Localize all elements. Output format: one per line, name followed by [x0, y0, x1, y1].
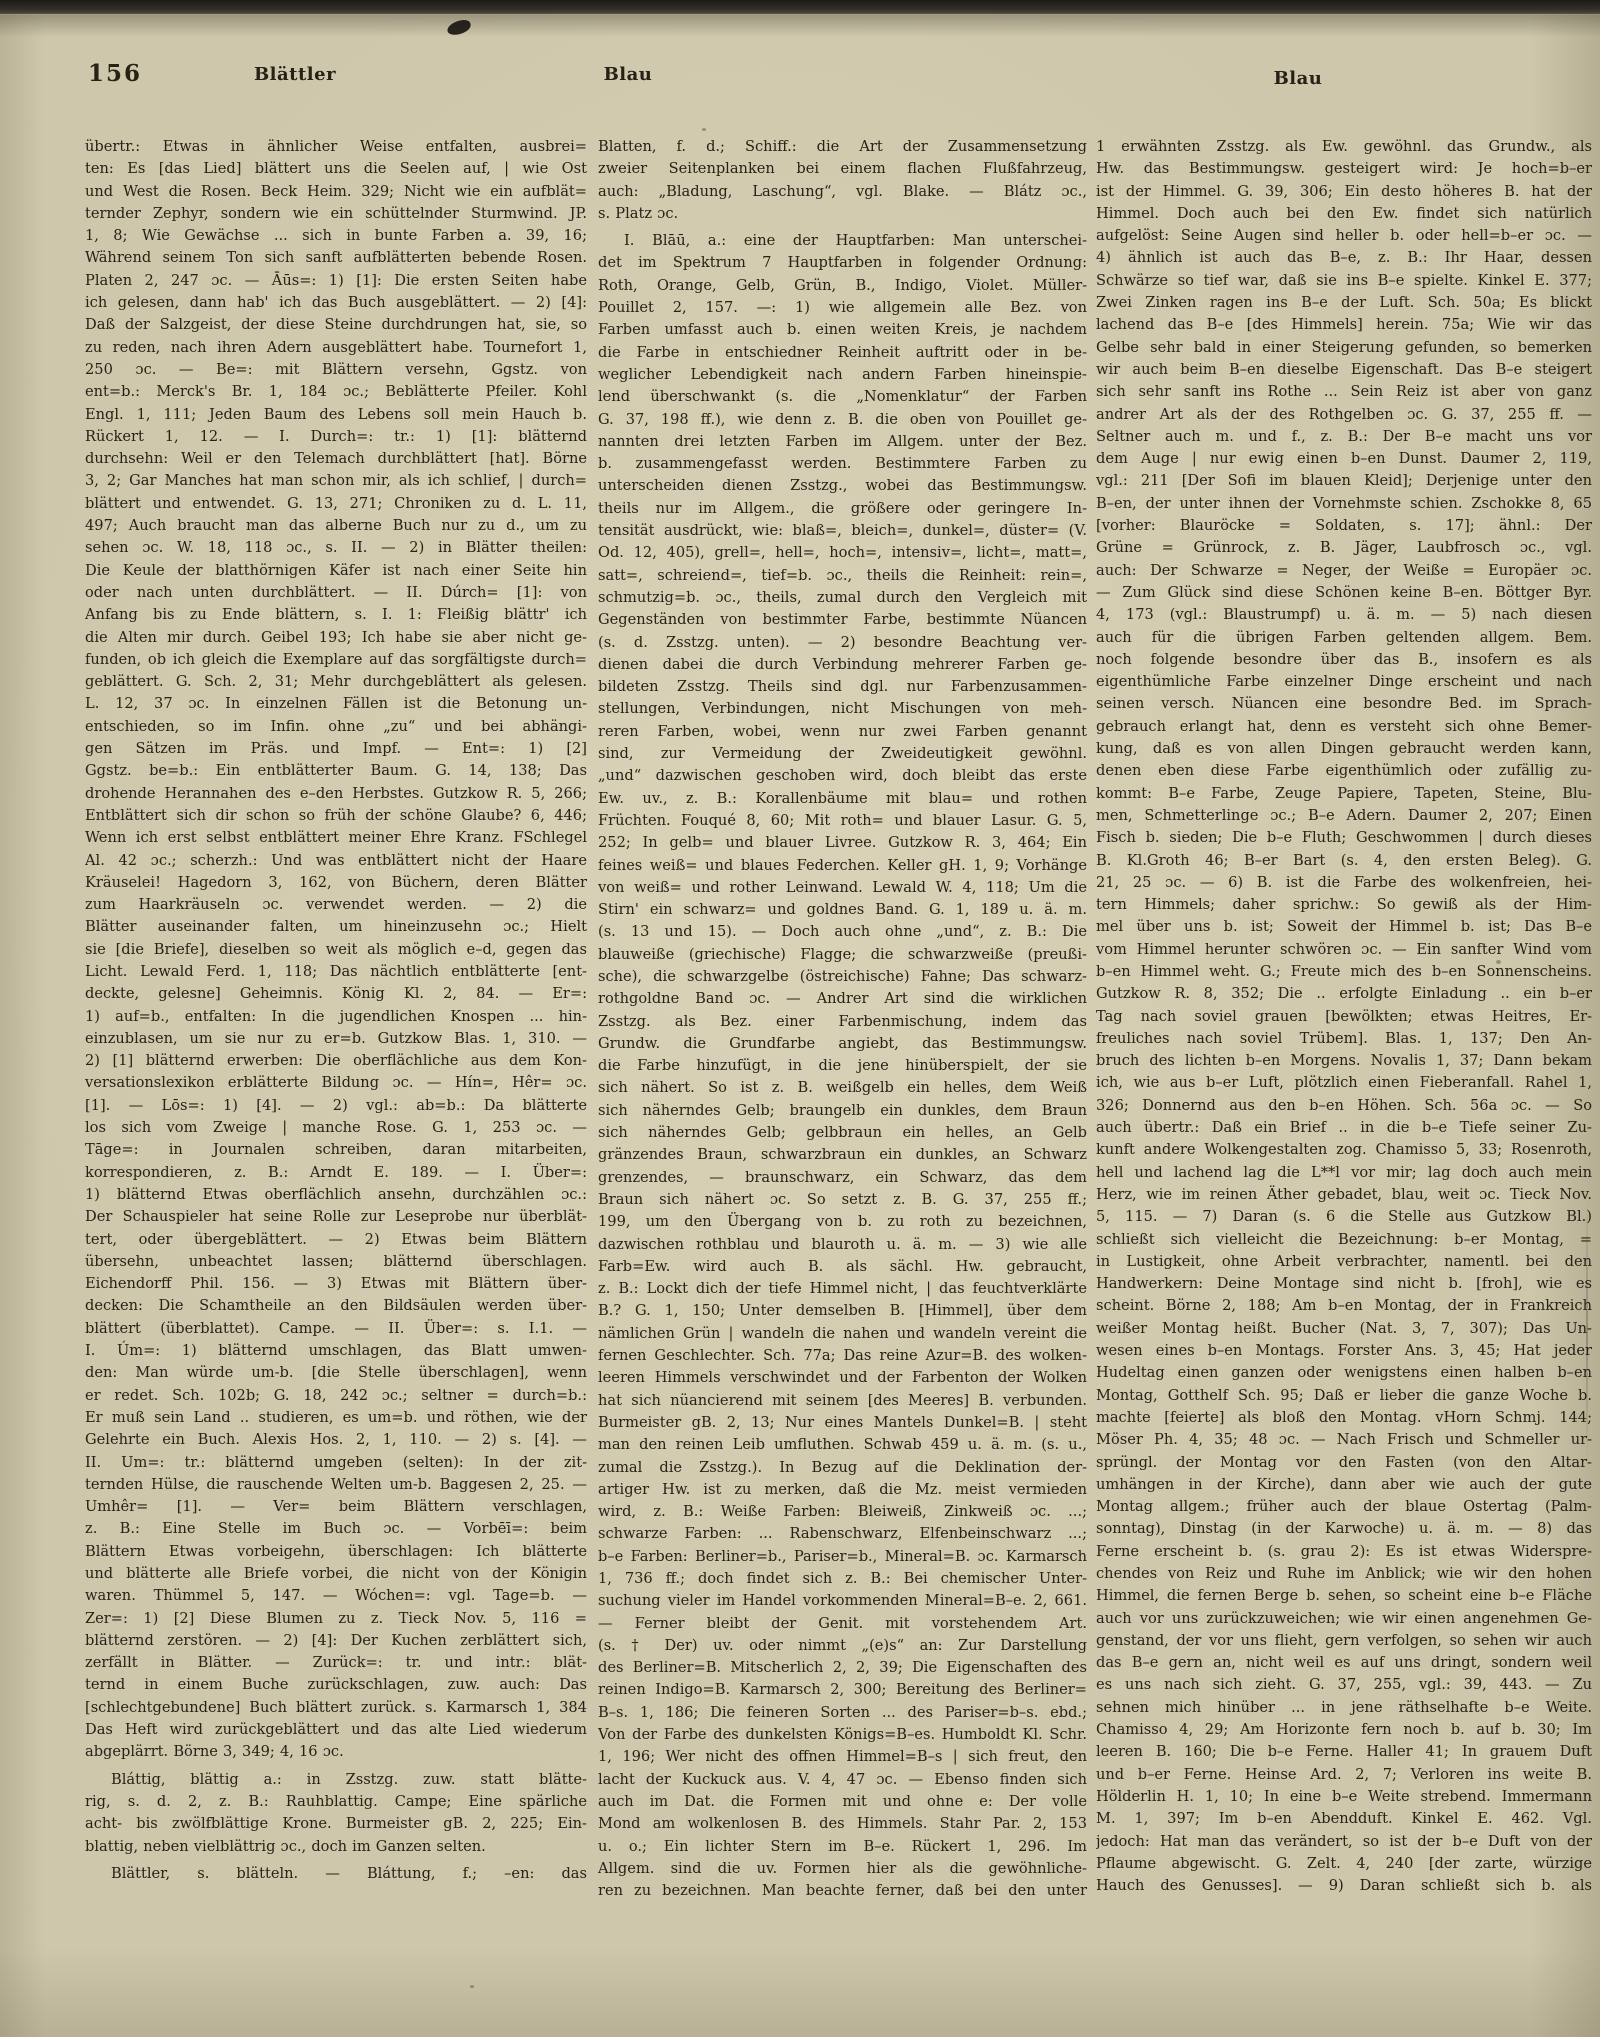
text-line: sche), die schwarzgelbe (östreichische) …	[598, 966, 1087, 988]
text-line: Seltner auch m. und f., z. B.: Der B–e m…	[1096, 426, 1592, 448]
text-line: 4) ähnlich ist auch das B–e, z. B.: Ihr …	[1096, 247, 1592, 269]
text-line: Hudeltag einen ganzen oder wenigstens ei…	[1096, 1362, 1592, 1384]
text-line: feines weiß= und blaues Federchen. Kelle…	[598, 855, 1087, 877]
text-line: men, Schmetterlinge ɔc.; B–e Adern. Daum…	[1096, 805, 1592, 827]
text-line: artiger Hw. ist zu merken, daß die Mz. m…	[598, 1479, 1087, 1501]
text-line: det im Spektrum 7 Hauptfarben in folgend…	[598, 252, 1087, 274]
text-column-3: 1 erwähnten Zsstzg. als Ew. gewöhnl. das…	[1096, 136, 1592, 1897]
text-line: Montag, Gotthelf Sch. 95; Daß er lieber …	[1096, 1385, 1592, 1407]
text-line: und West die Rosen. Beck Heim. 329; Nich…	[85, 181, 587, 203]
text-line: jedoch: Hat man das verändert, so ist de…	[1096, 1831, 1592, 1853]
text-line: die Alten mir durch. Geibel 193; Ich hab…	[85, 627, 587, 649]
text-line: die Farbe in entschiedner Reinheit auftr…	[598, 342, 1087, 364]
text-line: dienen dabei die durch Verbindung mehrer…	[598, 654, 1087, 676]
text-line: dem Auge | nur ewig einen b–en Dunst. Da…	[1096, 448, 1592, 470]
text-line: sonntag), Dinstag (in der Karwoche) u. ä…	[1096, 1518, 1592, 1540]
text-line: 199, um den Übergang von b. zu roth zu b…	[598, 1211, 1087, 1233]
text-line: nannten drei letzten Farben im Allgem. u…	[598, 431, 1087, 453]
text-line: andrer Art als der des Rothgelben ɔc. G.…	[1096, 404, 1592, 426]
paper-speck	[702, 128, 706, 131]
text-line: II. Um=: tr.: blätternd umgeben (selten)…	[85, 1452, 587, 1474]
text-line: auch für die übrigen Farben geltenden al…	[1096, 627, 1592, 649]
running-head-right: Blau	[1274, 68, 1323, 89]
text-line: stellungen, Verbindungen, nicht Mischung…	[598, 698, 1087, 720]
text-line: kung, daß es von allen Dingen gebraucht …	[1096, 738, 1592, 760]
text-line: geblättert. G. Sch. 2, 31; Mehr durchgeb…	[85, 671, 587, 693]
scanner-edge-top	[0, 0, 1600, 15]
text-line: 1) blätternd Etwas oberflächlich ansehn,…	[85, 1184, 587, 1206]
text-line: „und“ dazwischen geschoben wird, doch bl…	[598, 765, 1087, 787]
text-line: satt=, schreiend=, tief=b. ɔc., theils d…	[598, 565, 1087, 587]
text-line: Licht. Lewald Ferd. 1, 118; Das nächtlic…	[85, 961, 587, 983]
text-line: Blätter auseinander falten, um hineinzus…	[85, 916, 587, 938]
text-line: s. Platz ɔc.	[598, 203, 1087, 225]
text-line: Rückert 1, 12. — I. Durch=: tr.: 1) [1]:…	[85, 426, 587, 448]
text-line: durchsehn: Weil er den Telemach durchblä…	[85, 448, 587, 470]
text-line: B–s. 1, 186; Die feineren Sorten ... des…	[598, 1702, 1087, 1724]
text-line: u. o.; Ein lichter Stern im B–e. Rückert…	[598, 1836, 1087, 1858]
text-line: [1]. — Lōs=: 1) [4]. — 2) vgl.: ab=b.: D…	[85, 1095, 587, 1117]
text-line: Umhêr= [1]. — Ver= beim Blättern verschl…	[85, 1496, 587, 1518]
text-line: blattig, neben vielblättrig ɔc., doch im…	[85, 1836, 587, 1858]
text-line: die Farbe hinzufügt, in die jene hinüber…	[598, 1055, 1087, 1077]
text-line: deckte, gelesne] Geheimnis. König Kl. 2,…	[85, 983, 587, 1005]
text-line: gränzendes Braun, schwarzbraun ein dunkl…	[598, 1144, 1087, 1166]
scan-page: 156 Blättler Blau Blau übertr.: Etwas in…	[0, 0, 1600, 2037]
text-line: Ggstz. be=b.: Ein entblätterter Baum. G.…	[85, 760, 587, 782]
text-line: (s. † Der) uv. oder nimmt „(e)s“ an: Zur…	[598, 1635, 1087, 1657]
text-line: vgl.: 211 [Der Sofi im blauen Kleid]; De…	[1096, 470, 1592, 492]
text-line: 4, 173 (vgl.: Blaustrumpf) u. ä. m. — 5)…	[1096, 604, 1592, 626]
text-line: 1, 8; Wie Gewächse ... sich in bunte Far…	[85, 225, 587, 247]
text-line: ternder Zephyr, sondern wie ein schüttel…	[85, 203, 587, 225]
text-line: leeren B. 160; Die b–e Ferne. Haller 41;…	[1096, 1741, 1592, 1763]
text-line: sie [die Briefe], dieselben so weit als …	[85, 939, 587, 961]
text-line: sprüngl. der Montag vor den Fasten (von …	[1096, 1452, 1592, 1474]
text-line: sich nähert. So ist z. B. weißgelb ein h…	[598, 1077, 1087, 1099]
text-line: 2) [1] blätternd erwerben: Die oberfläch…	[85, 1050, 587, 1072]
text-line: rig, s. d. 2, z. B.: Rauhblattig. Campe;…	[85, 1791, 587, 1813]
text-column-1: übertr.: Etwas in ähnlicher Weise entfal…	[85, 136, 587, 1885]
text-line: z. B.: Lockt dich der tiefe Himmel nicht…	[598, 1278, 1087, 1300]
text-line: Zwei Zinken ragen ins B–e der Luft. Sch.…	[1096, 292, 1592, 314]
text-line: aufgelöst: Seine Augen sind heller b. od…	[1096, 225, 1592, 247]
text-line: 3, 2; Gar Manches hat man schon mir, als…	[85, 470, 587, 492]
text-line: blättert (überblattet). Campe. — II. Übe…	[85, 1318, 587, 1340]
text-line: genstand, der vor uns flieht, gern verfo…	[1096, 1630, 1592, 1652]
text-line: und blätterte alle Briefe vorbei, die ni…	[85, 1563, 587, 1585]
text-line: Blättler, s. blätteln. — Bláttung, f.; –…	[85, 1863, 587, 1885]
text-line: Ferne erscheint b. (s. grau 2): Es ist e…	[1096, 1541, 1592, 1563]
text-line: bildeten Zsstzg. Theils sind dgl. nur Fa…	[598, 676, 1087, 698]
text-line: Blättern Etwas vorbeigehn, überschlagen:…	[85, 1541, 587, 1563]
text-line: Daß der Salzgeist, der diese Steine durc…	[85, 314, 587, 336]
text-line: Pouillet 2, 157. —: 1) wie allgemein all…	[598, 297, 1087, 319]
text-line: zweier Seitenplanken bei einem flachen F…	[598, 158, 1087, 180]
text-line: grenzendes, — braunschwarz, ein Schwarz,…	[598, 1167, 1087, 1189]
text-line: man den reinen Leib umfluthen. Schwab 45…	[598, 1434, 1087, 1456]
text-line: theils nur im Allgem., die größere oder …	[598, 498, 1087, 520]
text-line: (s. d. Zsstzg. unten). — 2) besondre Bea…	[598, 632, 1087, 654]
text-line: tensität ausdrückt, wie: blaß=, bleich=,…	[598, 520, 1087, 542]
text-line: Chamisso 4, 29; Am Horizonte fern noch b…	[1096, 1719, 1592, 1741]
text-line: auch im Dat. die Formen mit und ohne e: …	[598, 1791, 1087, 1813]
text-line: waren. Thümmel 5, 147. — Wóchen=: vgl. T…	[85, 1585, 587, 1607]
text-line: Bláttig, blättig a.: in Zsstzg. zuw. sta…	[85, 1769, 587, 1791]
text-line: M. 1, 397; Im b–en Abendduft. Kinkel E. …	[1096, 1808, 1592, 1830]
text-line: Das Heft wird zurückgeblättert und das a…	[85, 1719, 587, 1741]
text-line: unterscheiden dienen Zsstzg., wobei das …	[598, 475, 1087, 497]
text-line: des Berliner=B. Mitscherlich 2, 2, 39; D…	[598, 1657, 1087, 1679]
text-line: Farb=Ew. wird auch B. als sächl. Hw. geb…	[598, 1256, 1087, 1278]
text-line: fernen Geschlechter. Sch. 77a; Das reine…	[598, 1345, 1087, 1367]
text-line: Himmel, die fernen Berge b. sehen, so sc…	[1096, 1585, 1592, 1607]
text-line: ternden Hülse, die rauschende Welten um-…	[85, 1474, 587, 1496]
text-line: b. zusammengefasst werden. Bestimmtere F…	[598, 453, 1087, 475]
text-line: funden, ob ich gleich die Exemplare auf …	[85, 649, 587, 671]
text-line: Fisch b. sieden; Die b–e Fluth; Geschwom…	[1096, 827, 1592, 849]
text-line: kommt: B–e Farbe, Zeuge Papiere, Tapeten…	[1096, 783, 1592, 805]
text-line: 1, 736 ff.; doch findet sich z. B.: Bei …	[598, 1568, 1087, 1590]
text-line: los sich vom Zweige | manche Rose. G. 1,…	[85, 1117, 587, 1139]
text-line: den: Man würde um-b. [die Stelle übersch…	[85, 1362, 587, 1384]
text-line: sehen ɔc. W. 18, 118 ɔc., s. II. — 2) in…	[85, 537, 587, 559]
text-line: es uns nach sich zieht. G. 37, 255, vgl.…	[1096, 1674, 1592, 1696]
text-line: machte [feierte] als bloß den Montag. vH…	[1096, 1407, 1592, 1429]
page-number: 156	[88, 60, 142, 87]
text-line: Kräuselei! Hagedorn 3, 162, von Büchern,…	[85, 872, 587, 894]
text-line: Grundw. die Grundfarbe angiebt, das Best…	[598, 1033, 1087, 1055]
text-line: auch: Der Schwarze = Neger, der Weiße = …	[1096, 560, 1592, 582]
text-line: sich näherndes Gelb; braungelb ein dunkl…	[598, 1100, 1087, 1122]
text-line: Hw. das Bestimmungsw. gesteigert wird: J…	[1096, 158, 1592, 180]
text-line: blättert und entwendet. G. 13, 271; Chro…	[85, 493, 587, 515]
text-line: Pflaume abgewischt. G. Zelt. 4, 240 [der…	[1096, 1853, 1592, 1875]
text-line: hat sich nüancierend mit seinem [des Mee…	[598, 1390, 1087, 1412]
text-line: reren Farben, wobei, wenn nur zwei Farbe…	[598, 721, 1087, 743]
text-line: z. B.: Eine Stelle im Buch ɔc. — Vorbēī=…	[85, 1518, 587, 1540]
text-line: 1 erwähnten Zsstzg. als Ew. gewöhnl. das…	[1096, 136, 1592, 158]
text-line: B. Kl.Groth 46; B–er Bart (s. 4, den ers…	[1096, 850, 1592, 872]
text-line: Platen 2, 247 ɔc. — Āūs=: 1) [1]: Die er…	[85, 270, 587, 292]
text-line: Ew. uv., z. B.: Korallenbäume mit blau= …	[598, 788, 1087, 810]
text-line: reinen Indigo=B. Karmarsch 2, 300; Berei…	[598, 1679, 1087, 1701]
text-line: 252; In gelb= und blauer Livree. Gutzkow…	[598, 832, 1087, 854]
text-line: eigenthümliche Farbe einzelner Dinge ers…	[1096, 671, 1592, 693]
text-column-2: Blatten, f. d.; Schiff.: die Art der Zus…	[598, 136, 1087, 1902]
text-line: Er muß sein Land .. studieren, es um=b. …	[85, 1407, 587, 1429]
text-line: Von der Farbe des dunkelsten Königs=B–es…	[598, 1724, 1087, 1746]
text-line: freuliches nach soviel Trübem]. Blas. 1,…	[1096, 1028, 1592, 1050]
text-line: auch vor uns zurückzuweichen; wie wir ei…	[1096, 1608, 1592, 1630]
text-line: Engl. 1, 111; Jeden Baum des Lebens soll…	[85, 404, 587, 426]
text-line: weglicher Lebendigkeit nach andern Farbe…	[598, 364, 1087, 386]
text-line: blätternd zerstören. — 2) [4]: Der Kuche…	[85, 1630, 587, 1652]
text-line: Möser Ph. 4, 35; 48 ɔc. — Nach Frisch un…	[1096, 1429, 1592, 1451]
text-line: [schlechtgebundene] Buch blättert zurück…	[85, 1697, 587, 1719]
text-line: schmutzig=b. ɔc., theils, zumal durch de…	[598, 587, 1087, 609]
text-line: tern Himmels; daher sprichw.: So gewiß a…	[1096, 894, 1592, 916]
text-line: Al. 42 ɔc.; scherzh.: Und was entblätter…	[85, 850, 587, 872]
text-line: oder nach unten durchblättert. — II. Dúr…	[85, 582, 587, 604]
text-line: L. 12, 37 ɔc. In einzelnen Fällen ist di…	[85, 693, 587, 715]
text-line: Eichendorff Phil. 156. — 3) Etwas mit Bl…	[85, 1273, 587, 1295]
text-line: Der Schauspieler hat seine Rolle zur Les…	[85, 1206, 587, 1228]
text-line: noch folgende besondre über das B., inso…	[1096, 649, 1592, 671]
text-line: Hauch des Genusses]. — 9) Daran schließt…	[1096, 1875, 1592, 1897]
text-line: versationslexikon erblätterte Bildung ɔc…	[85, 1072, 587, 1094]
text-line: Gutzkow R. 8, 352; Die .. erfolgte Einla…	[1096, 983, 1592, 1005]
text-line: acht- bis zwölfblättige Krone. Burmeiste…	[85, 1813, 587, 1835]
text-line: in Lustigkeit, ohne Arbeit verbrachter, …	[1096, 1251, 1592, 1273]
text-line: scheint. Börne 2, 188; Am b–en Montag, d…	[1096, 1295, 1592, 1317]
text-line: hell und lachend lag die L**l vor mir; l…	[1096, 1162, 1592, 1184]
text-line: bruch des lichten b–en Morgens. Novalis …	[1096, 1050, 1592, 1072]
text-line: Gelbe sehr bald in einer Steigerung gefu…	[1096, 337, 1592, 359]
text-line: blauweiße (griechische) Flagge; die schw…	[598, 944, 1087, 966]
text-line: gebrauch erlangt hat, denn es versteht s…	[1096, 716, 1592, 738]
text-line: das B–e gern an, nicht weil es auf uns d…	[1096, 1652, 1592, 1674]
text-line: ren zu bezeichnen. Man beachte ferner, d…	[598, 1880, 1087, 1902]
text-line: Gegenständen von bestimmter Farbe, besti…	[598, 609, 1087, 631]
text-line: weißer Montag heißt. Bucher (Nat. 3, 7, …	[1096, 1318, 1592, 1340]
text-line: Während seinem Ton sich sanft aufblätter…	[85, 247, 587, 269]
text-line: 250 ɔc. — Be=: mit Blättern versehn, Ggs…	[85, 359, 587, 381]
text-line: zu reden, nach ihren Adern ausgeblättert…	[85, 337, 587, 359]
text-line: auch: „Bladung, Laschung“, vgl. Blake. —…	[598, 181, 1087, 203]
text-line: Zer=: 1) [2] Diese Blumen zu z. Tieck No…	[85, 1608, 587, 1630]
text-line: korrespondieren, z. B.: Arndt E. 189. — …	[85, 1162, 587, 1184]
text-line: b–en Himmel weht. G.; Freute mich des b–…	[1096, 961, 1592, 983]
text-line: Früchten. Fouqué 8, 60; Mit roth= und bl…	[598, 810, 1087, 832]
text-line: übertr.: Etwas in ähnlicher Weise entfal…	[85, 136, 587, 158]
running-head-center: Blau	[604, 64, 653, 85]
text-line: leeren Himmels verschwindet und der Farb…	[598, 1367, 1087, 1389]
text-line: G. 37, 198 ff.), wie denn z. B. die oben…	[598, 409, 1087, 431]
text-line: 5, 115. — 7) Daran (s. 6 die Stelle aus …	[1096, 1206, 1592, 1228]
text-line: ich gelesen, dann hab' ich das Buch ausg…	[85, 292, 587, 314]
text-line: B.? G. 1, 150; Unter demselben B. [Himme…	[598, 1300, 1087, 1322]
text-line: wesen eines b–en Montags. Forster Ans. 3…	[1096, 1340, 1592, 1362]
text-line: zumal die Zsstzg.). In Bezug auf die Dek…	[598, 1457, 1087, 1479]
text-line: Die Keule der blatthörnigen Käfer ist na…	[85, 560, 587, 582]
text-line: Grüne = Grünrock, z. B. Jäger, Laubfrosc…	[1096, 537, 1592, 559]
text-line: Gelehrte ein Buch. Alexis Hos. 2, 1, 110…	[85, 1429, 587, 1451]
text-line: Schwärze so tief war, daß sie ins B–e sp…	[1096, 270, 1592, 292]
text-line: kunft andere Wolkengestalten zog. Chamis…	[1096, 1139, 1592, 1161]
text-line: decken: Die Schamtheile an den Bildsäule…	[85, 1295, 587, 1317]
text-line: abgeplärrt. Börne 3, 349; 4, 16 ɔc.	[85, 1741, 587, 1763]
text-line: sehnen mich hinüber ... in jene räthselh…	[1096, 1697, 1592, 1719]
text-line: er redet. Sch. 102b; G. 18, 242 ɔc.; sel…	[85, 1385, 587, 1407]
text-line: sich näherndes Gelb; gelbbraun ein helle…	[598, 1122, 1087, 1144]
text-line: sich sehr sanft ins Rothe ... Sein Reiz …	[1096, 381, 1592, 403]
text-line: Himmel. Doch auch bei den Ew. findet sic…	[1096, 203, 1592, 225]
text-line: Od. 12, 405), grell=, hell=, hoch=, inte…	[598, 542, 1087, 564]
text-line: rothgoldne Band ɔc. — Andrer Art sind di…	[598, 988, 1087, 1010]
text-line: sind, zur Vermeidung der Zweideutigkeit …	[598, 743, 1087, 765]
text-line: Blatten, f. d.; Schiff.: die Art der Zus…	[598, 136, 1087, 158]
text-line: auch übertr.: Daß ein Brief .. in die b–…	[1096, 1117, 1592, 1139]
text-line: lachend das B–e [des Himmels] herein. 75…	[1096, 314, 1592, 336]
text-line: zum Haarkräuseln ɔc. verwendet werden. —…	[85, 894, 587, 916]
text-line: 21, 25 ɔc. — 6) B. ist die Farbe des wol…	[1096, 872, 1592, 894]
text-line: ten: Es [das Lied] blättert uns die Seel…	[85, 158, 587, 180]
text-line: — Ferner bleibt der Genit. mit vorstehen…	[598, 1613, 1087, 1635]
text-line: tert, oder übergeblättert. — 2) Etwas be…	[85, 1229, 587, 1251]
text-line: Mond am wolkenlosen B. des Himmels. Stah…	[598, 1813, 1087, 1835]
text-line: Roth, Orange, Gelb, Grün, B., Indigo, Vi…	[598, 275, 1087, 297]
scanner-edge-shadow	[0, 15, 1600, 37]
text-line: lacht der Kuckuck aus. V. 4, 47 ɔc. — Eb…	[598, 1769, 1087, 1791]
text-line: denen eben diese Farbe eigenthümlich ode…	[1096, 760, 1592, 782]
text-line: chendes von Reiz und Ruhe im Anblick; wi…	[1096, 1563, 1592, 1585]
text-line: (s. 13 und 15). — Doch auch ohne „und“, …	[598, 921, 1087, 943]
text-line: ternd in einem Buche zurückschlagen, zuw…	[85, 1674, 587, 1696]
text-line: Tāge=: in Journalen schreiben, daran mit…	[85, 1139, 587, 1161]
text-line: wir auch beim B–en dieselbe Eigenschaft.…	[1096, 359, 1592, 381]
text-line: B–en, der unter ihnen der Vornehmste sch…	[1096, 493, 1592, 515]
text-line: lend überschwankt (s. die „Nomenklatur“ …	[598, 386, 1087, 408]
text-line: Tag nach soviel grauen [bewölkten; etwas…	[1096, 1006, 1592, 1028]
text-line: ist der Himmel. G. 39, 306; Ein desto hö…	[1096, 181, 1592, 203]
text-line: entschieden, so im Infin. ohne „zu“ und …	[85, 716, 587, 738]
text-line: 497; Auch braucht man das alberne Buch n…	[85, 515, 587, 537]
text-line: I. Úm=: 1) blätternd umschlagen, das Bla…	[85, 1340, 587, 1362]
text-line: dazwischen rothblau und blauroth u. ä. m…	[598, 1234, 1087, 1256]
text-line: zerfällt in Blätter. — Zurück=: tr. und …	[85, 1652, 587, 1674]
text-line: gen Sätzen im Präs. und Impf. — Ent=: 1)…	[85, 738, 587, 760]
text-line: Montag allgem.; früher auch der blaue Os…	[1096, 1496, 1592, 1518]
text-line: Braun sich nähert ɔc. So setzt z. B. G. …	[598, 1189, 1087, 1211]
text-line: von weiß= und rother Leinwand. Lewald W.…	[598, 877, 1087, 899]
text-line: vom Himmel herunter schwören ɔc. — Ein s…	[1096, 939, 1592, 961]
text-line: nämlichen Grün | wandeln die nahen und w…	[598, 1323, 1087, 1345]
text-line: Farben umfasst auch b. einen weiten Krei…	[598, 319, 1087, 341]
text-line: Entblättert sich dir schon so früh der s…	[85, 805, 587, 827]
text-line: 1, 196; Wer nicht des offnen Himmel=B–s …	[598, 1746, 1087, 1768]
text-line: ich, wie aus b–er Luft, plötzlich einen …	[1096, 1072, 1592, 1094]
text-line: Stirn' ein schwarz= und goldnes Band. G.…	[598, 899, 1087, 921]
text-line: drohende Herannahen des e–den Herbstes. …	[85, 783, 587, 805]
text-line: Anfang bis zu Ende blättern, s. I. 1: Fl…	[85, 604, 587, 626]
running-head-left: Blättler	[254, 64, 336, 85]
text-line: I. Blāū, a.: eine der Hauptfarben: Man u…	[598, 230, 1087, 252]
text-line: Wenn ich erst selbst entblättert meiner …	[85, 827, 587, 849]
text-line: Zsstzg. als Bez. einer Farbenmischung, i…	[598, 1011, 1087, 1033]
text-line: ent=b.: Merck's Br. 1, 184 ɔc.; Beblätte…	[85, 381, 587, 403]
text-line: 326; Donnernd aus den b–en Höhen. Sch. 5…	[1096, 1095, 1592, 1117]
text-line: mel über uns b. ist; Soweit der Himmel b…	[1096, 916, 1592, 938]
text-line: Handwerkern: Deine Montage sind nicht b.…	[1096, 1273, 1592, 1295]
text-line: b–e Farben: Berliner=b., Pariser=b., Min…	[598, 1546, 1087, 1568]
text-line: übersehn, unbeachtet lassen; blätternd ü…	[85, 1251, 587, 1273]
text-line: suchung vieler im Handel vorkommenden Mi…	[598, 1590, 1087, 1612]
text-line: einzublasen, um sie nur zu er=b. Gutzkow…	[85, 1028, 587, 1050]
text-line: wird, z. B.: Weiße Farben: Bleiweiß, Zin…	[598, 1501, 1087, 1523]
text-line: Hölderlin H. 1, 10; In eine b–e Weite st…	[1096, 1786, 1592, 1808]
text-line: [vorher: Blauröcke = Soldaten, s. 17]; ä…	[1096, 515, 1592, 537]
text-line: 1) auf=b., entfalten: In die jugendliche…	[85, 1006, 587, 1028]
paper-speck	[470, 1985, 474, 1988]
text-line: Allgem. sind die uv. Formen hier als die…	[598, 1858, 1087, 1880]
text-line: und b–er Ferne. Heinse Ard. 2, 7; Verlor…	[1096, 1764, 1592, 1786]
text-line: — Zum Glück sind diese Schönen keine B–e…	[1096, 582, 1592, 604]
text-line: schließt sich vielleicht die Bezeichnung…	[1096, 1229, 1592, 1251]
text-line: Herz, wie im reinen Äther gebadet, blau,…	[1096, 1184, 1592, 1206]
text-line: umhängen in der Kirche), dann aber wie a…	[1096, 1474, 1592, 1496]
text-line: schwarze Farben: ... Rabenschwarz, Elfen…	[598, 1523, 1087, 1545]
text-line: seinen versch. Nüancen eine besondre Bed…	[1096, 693, 1592, 715]
text-line: Burmeister gB. 2, 13; Nur eines Mantels …	[598, 1412, 1087, 1434]
